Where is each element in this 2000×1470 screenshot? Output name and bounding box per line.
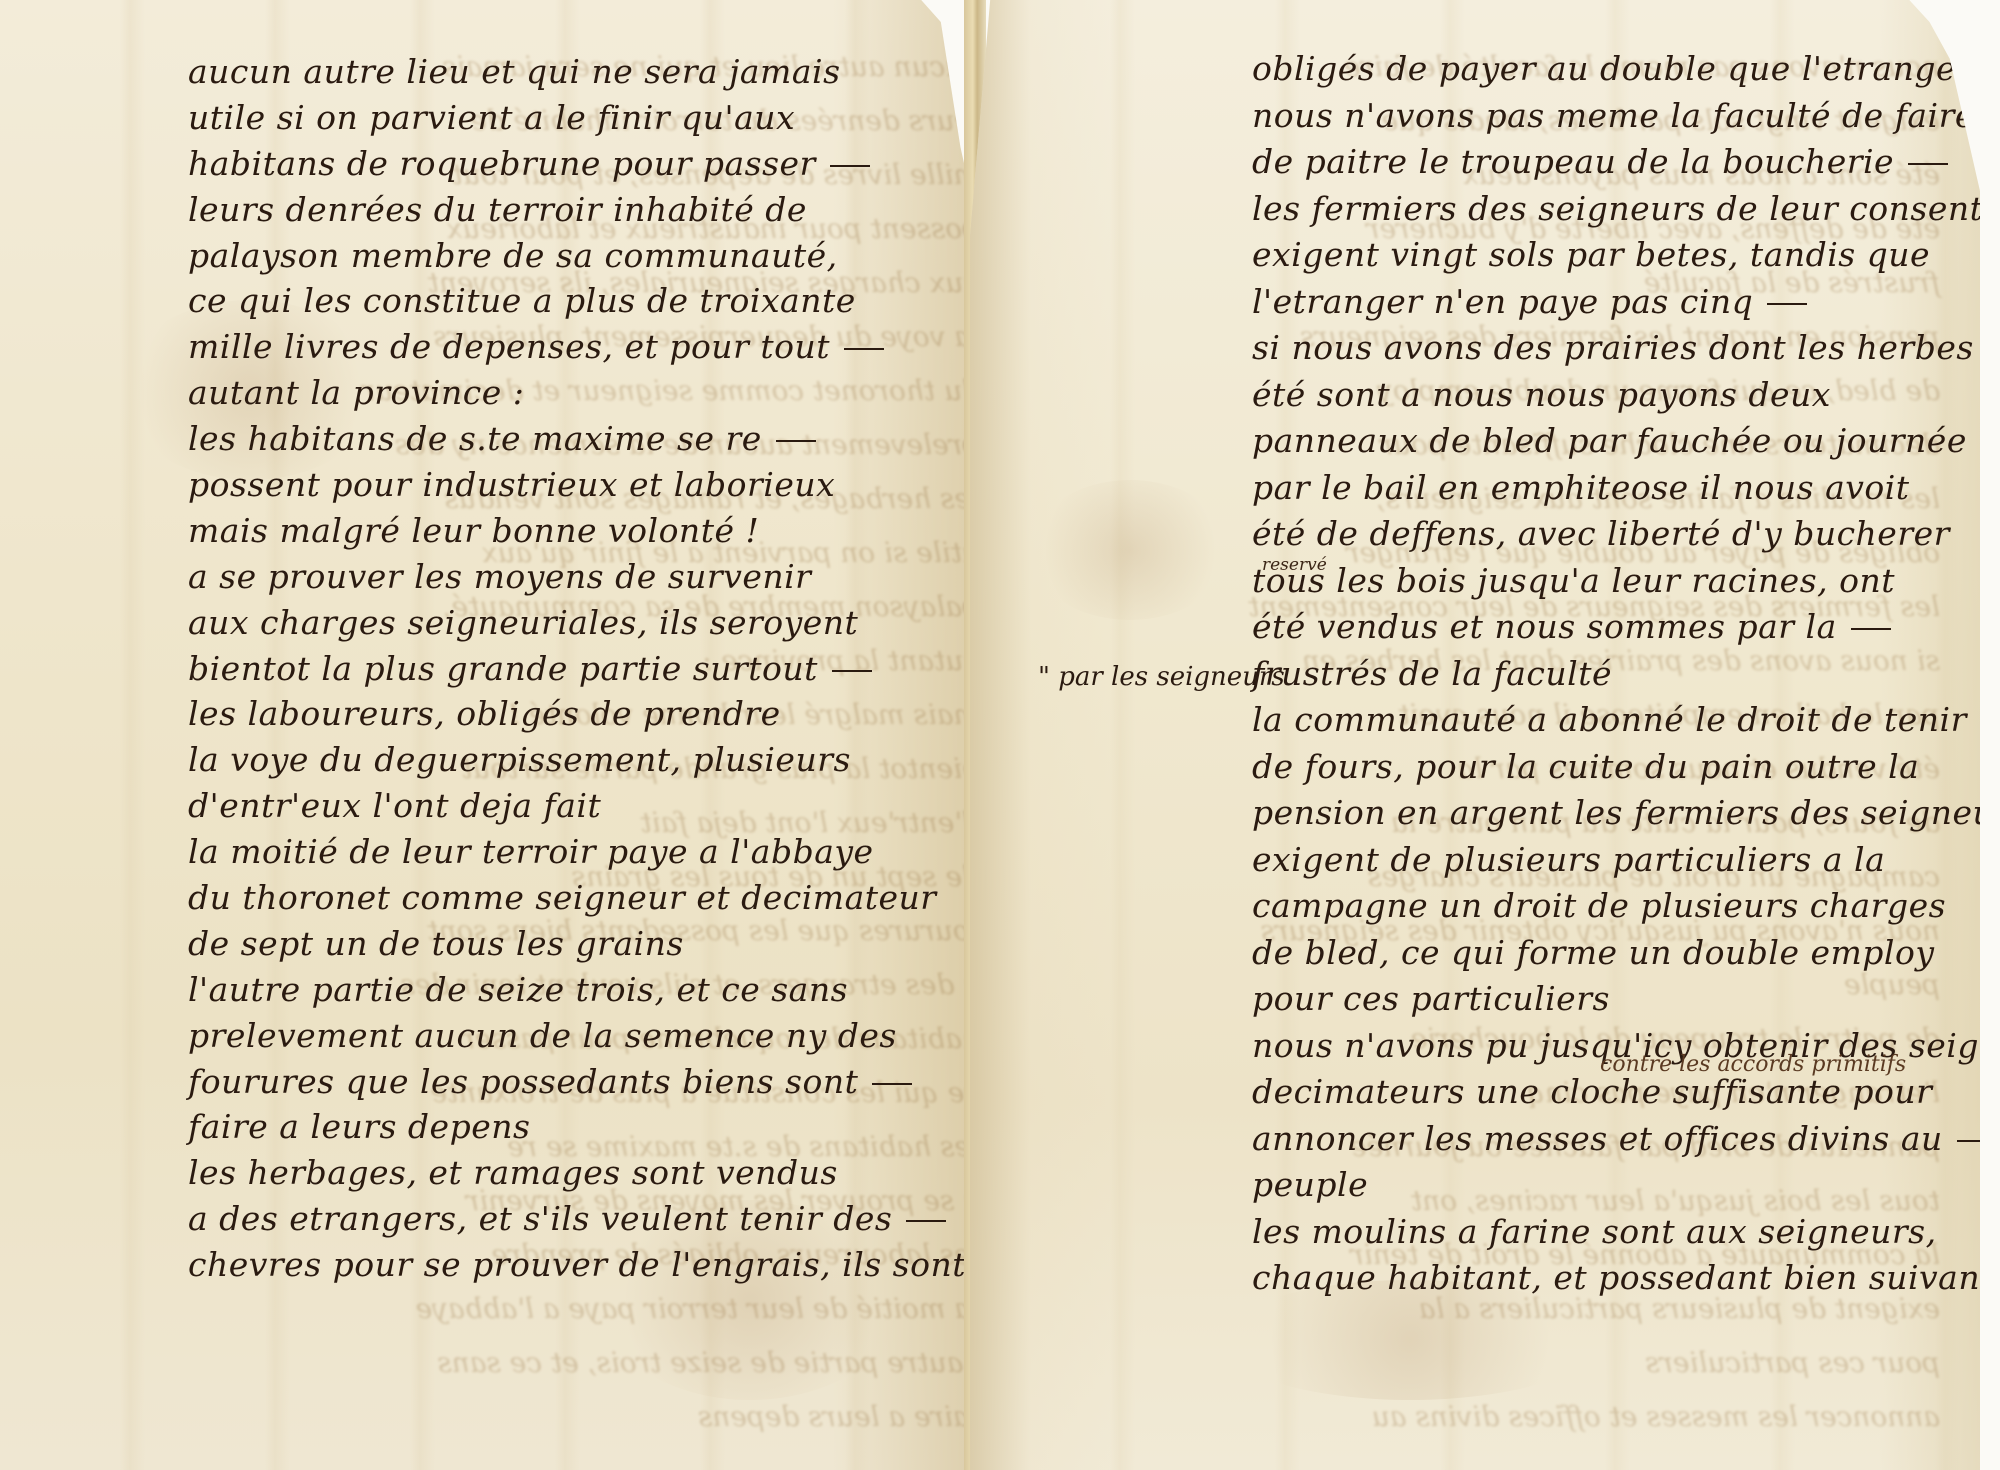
manuscript-line: panneaux de bled par fauchée ou journée — [1252, 424, 1952, 471]
manuscript-line: de fours, pour la cuite du pain outre la — [1252, 750, 1952, 797]
interlinear-insertion: contre les accords primitifs — [1600, 1052, 1906, 1077]
manuscript-line: les habitans de s.te maxime se re — [188, 422, 948, 468]
manuscript-line: aux charges seigneuriales, ils seroyent — [188, 606, 948, 652]
manuscript-line: de sept un de tous les grains — [188, 927, 948, 973]
manuscript-line: du thoronet comme seigneur et decimateur — [188, 881, 948, 927]
paper-stain — [1030, 480, 1230, 620]
manuscript-line: faire a leurs depens — [188, 1110, 948, 1156]
manuscript-line: pour ces particuliers — [1252, 982, 1952, 1029]
manuscript-line: peuple — [1252, 1168, 1952, 1215]
manuscript-line: si nous avons des prairies dont les herb… — [1252, 331, 1952, 378]
left-page: aucun autre lieu et qui ne sera jamais l… — [0, 0, 980, 1470]
manuscript-line: la voye du deguerpissement, plusieurs — [188, 743, 948, 789]
manuscript-line: campagne un droit de plusieurs charges — [1252, 889, 1952, 936]
manuscript-line: mille livres de depenses, et pour tout — [188, 330, 948, 376]
manuscript-line: les laboureurs, obligés de prendre — [188, 697, 948, 743]
margin-note: " par les seigneurs — [1038, 662, 1285, 692]
manuscript-line: exigent de plusieurs particuliers a la — [1252, 843, 1952, 890]
manuscript-line: été vendus et nous sommes par la — [1252, 610, 1952, 657]
line-filler-dash — [832, 670, 872, 672]
line-filler-dash — [1767, 303, 1807, 305]
interlinear-insertion: reservé — [1262, 555, 1327, 575]
line-filler-dash — [776, 440, 816, 442]
manuscript-line: par le bail en emphiteose il nous avoit — [1252, 471, 1952, 518]
manuscript-line: leurs denrées du terroir inhabité de — [188, 193, 948, 239]
manuscript-line: les moulins a farine sont aux seigneurs, — [1252, 1215, 1952, 1262]
line-filler-dash — [830, 165, 870, 167]
manuscript-line: possent pour industrieux et laborieux — [188, 468, 948, 514]
manuscript-line: été de deffens, avec liberté d'y buchere… — [1252, 517, 1952, 564]
manuscript-line: autant la province : — [188, 376, 948, 422]
manuscript-spread: aucun autre lieu et qui ne sera jamais l… — [0, 0, 2000, 1470]
manuscript-line: nous n'avons pas meme la faculté de fair… — [1252, 99, 1952, 146]
manuscript-line: exigent vingt sols par betes, tandis que — [1252, 238, 1952, 285]
manuscript-line: chevres pour se prouver de l'engrais, il… — [188, 1248, 948, 1294]
line-filler-dash — [844, 348, 884, 350]
manuscript-line: a des etrangers, et s'ils veulent tenir … — [188, 1202, 948, 1248]
manuscript-line: annoncer les messes et offices divins au — [1252, 1122, 1952, 1169]
line-filler-dash — [1851, 628, 1891, 630]
manuscript-line: pension en argent les fermiers des seign… — [1252, 796, 1952, 843]
manuscript-line: la communauté a abonné le droit de tenir — [1252, 703, 1952, 750]
right-page: nous n'avons pas meme la faculté de fair… — [970, 0, 1980, 1470]
manuscript-line: mais malgré leur bonne volonté ! — [188, 514, 948, 560]
manuscript-line: fourures que les possedants biens sont — [188, 1065, 948, 1111]
line-filler-dash — [1957, 1140, 1980, 1142]
manuscript-line: l'autre partie de seize trois, et ce san… — [188, 973, 948, 1019]
line-filler-dash — [872, 1083, 912, 1085]
manuscript-line: bientot la plus grande partie surtout — [188, 652, 948, 698]
manuscript-line: les herbages, et ramages sont vendus — [188, 1156, 948, 1202]
manuscript-line: frustrés de la faculté — [1252, 657, 1952, 704]
line-filler-dash — [906, 1220, 946, 1222]
manuscript-line: a se prouver les moyens de survenir — [188, 560, 948, 606]
manuscript-line: aucun autre lieu et qui ne sera jamais — [188, 55, 948, 101]
manuscript-line: obligés de payer au double que l'etrange… — [1252, 52, 1952, 99]
manuscript-line: chaque habitant, et possedant bien suiva… — [1252, 1261, 1952, 1308]
manuscript-line: palayson membre de sa communauté, — [188, 239, 948, 285]
manuscript-line: été sont a nous nous payons deux — [1252, 378, 1952, 425]
right-page-text: obligés de payer au double que l'etrange… — [1252, 52, 1952, 1308]
manuscript-line: utile si on parvient a le finir qu'aux — [188, 101, 948, 147]
manuscript-line: prelevement aucun de la semence ny des — [188, 1019, 948, 1065]
left-page-text: aucun autre lieu et qui ne sera jamais u… — [188, 55, 948, 1294]
manuscript-line: la moitié de leur terroir paye a l'abbay… — [188, 835, 948, 881]
manuscript-line: tous les bois jusqu'a leur racines, ont — [1252, 564, 1952, 611]
manuscript-line: les fermiers des seigneurs de leur conse… — [1252, 192, 1952, 239]
manuscript-line: decimateurs une cloche suffisante pour — [1252, 1075, 1952, 1122]
manuscript-line: d'entr'eux l'ont deja fait — [188, 789, 948, 835]
manuscript-line: l'etranger n'en paye pas cinq — [1252, 285, 1952, 332]
manuscript-line: de paitre le troupeau de la boucherie — [1252, 145, 1952, 192]
line-filler-dash — [1908, 163, 1948, 165]
manuscript-line: ce qui les constitue a plus de troixante — [188, 284, 948, 330]
manuscript-line: de bled, ce qui forme un double employ — [1252, 936, 1952, 983]
manuscript-line: habitans de roquebrune pour passer — [188, 147, 948, 193]
